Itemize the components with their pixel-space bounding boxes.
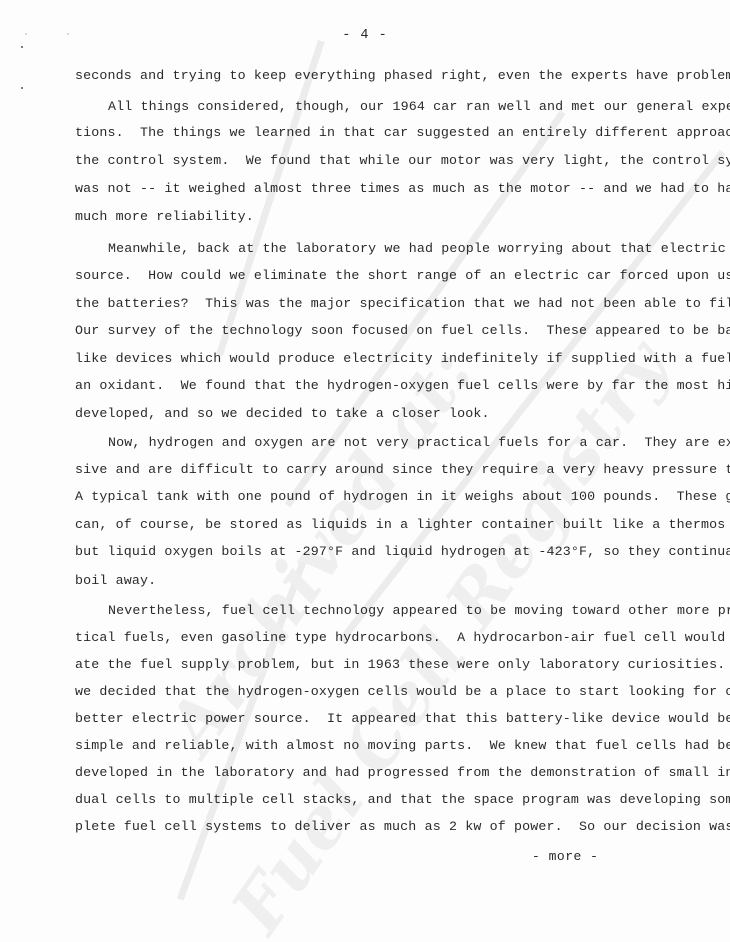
text-line: much more reliability. xyxy=(75,209,254,225)
scan-mark xyxy=(21,87,23,89)
text-line: A typical tank with one pound of hydroge… xyxy=(75,489,730,505)
text-line: we decided that the hydrogen-oxygen cell… xyxy=(75,684,730,700)
text-line: Nevertheless, fuel cell technology appea… xyxy=(108,603,730,619)
watermark-stroke xyxy=(338,150,725,643)
text-line: ate the fuel supply problem, but in 1963… xyxy=(75,657,730,673)
text-line: tical fuels, even gasoline type hydrocar… xyxy=(75,630,730,646)
text-line: Now, hydrogen and oxygen are not very pr… xyxy=(108,435,730,451)
text-line: dual cells to multiple cell stacks, and … xyxy=(75,792,730,808)
page-number: - 4 - xyxy=(0,28,730,43)
text-line: can, of course, be stored as liquids in … xyxy=(75,517,730,533)
text-line: Our survey of the technology soon focuse… xyxy=(75,323,730,339)
text-line: but liquid oxygen boils at -297°F and li… xyxy=(75,544,730,560)
scan-mark xyxy=(21,46,23,48)
text-line: was not -- it weighed almost three times… xyxy=(75,181,730,197)
text-line: an oxidant. We found that the hydrogen-o… xyxy=(75,378,730,394)
text-line: seconds and trying to keep everything ph… xyxy=(75,68,730,84)
text-line: developed, and so we decided to take a c… xyxy=(75,406,490,422)
text-line: simple and reliable, with almost no movi… xyxy=(75,738,730,754)
text-line: source. How could we eliminate the short… xyxy=(75,268,730,284)
text-line: plete fuel cell systems to deliver as mu… xyxy=(75,819,730,835)
text-line: All things considered, though, our 1964 … xyxy=(108,99,730,115)
text-line: Meanwhile, back at the laboratory we had… xyxy=(108,241,730,257)
text-line: boil away. xyxy=(75,573,156,589)
document-page: Archived at: Fuel Cell Registry - 4 - se… xyxy=(0,0,730,942)
text-line: the control system. We found that while … xyxy=(75,153,730,169)
text-line: developed in the laboratory and had prog… xyxy=(75,765,730,781)
text-line: tions. The things we learned in that car… xyxy=(75,125,730,141)
continuation-marker: - more - xyxy=(532,849,598,864)
text-line: the batteries? This was the major specif… xyxy=(75,296,730,312)
text-line: better electric power source. It appeare… xyxy=(75,711,730,727)
text-line: sive and are difficult to carry around s… xyxy=(75,462,730,478)
text-line: like devices which would produce electri… xyxy=(75,351,730,367)
